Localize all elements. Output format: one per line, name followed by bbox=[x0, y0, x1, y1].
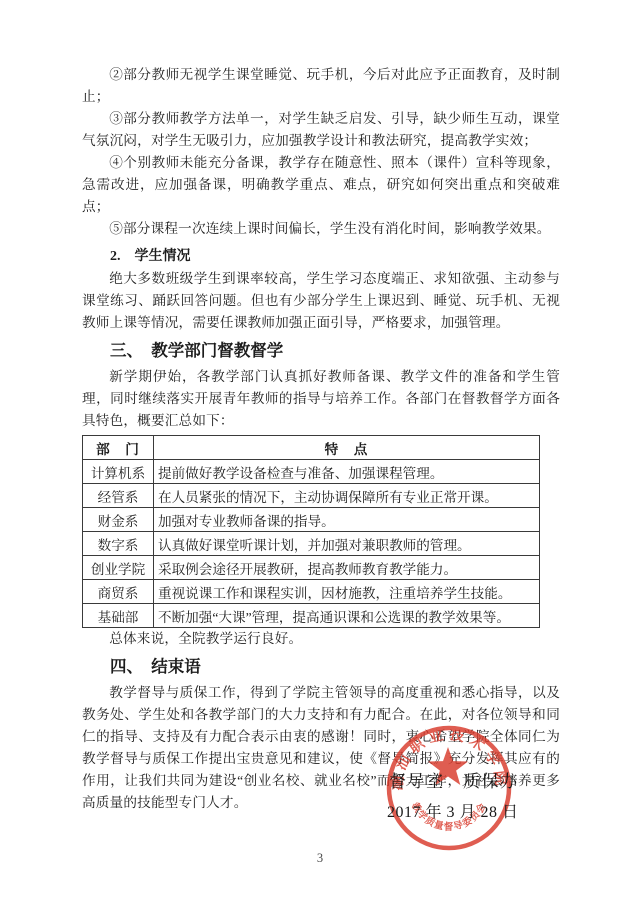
cell-feature: 提前做好教学设备检查与准备、加强课程管理。 bbox=[154, 460, 540, 484]
table-row: 财金系 加强对专业教师备课的指导。 bbox=[83, 508, 540, 532]
cell-feature: 采取例会途径开展教研，提高教师教育教学能力。 bbox=[154, 556, 540, 580]
issue-item-2: ②部分教师无视学生课堂睡觉、玩手机，今后对此应予正面教育，及时制止； bbox=[82, 64, 560, 108]
document-page: ②部分教师无视学生课堂睡觉、玩手机，今后对此应予正面教育，及时制止； ③部分教师… bbox=[0, 0, 640, 905]
document-body: ②部分教师无视学生课堂睡觉、玩手机，今后对此应予正面教育，及时制止； ③部分教师… bbox=[82, 64, 560, 814]
cell-department: 计算机系 bbox=[83, 460, 154, 484]
heading-student-situation: 2. 学生情况 bbox=[82, 246, 560, 268]
cell-department: 经管系 bbox=[83, 484, 154, 508]
table-row: 商贸系 重视说课工作和课程实训，因材施教，注重培养学生技能。 bbox=[83, 580, 540, 604]
cell-department: 创业学院 bbox=[83, 556, 154, 580]
cell-department: 数字系 bbox=[83, 532, 154, 556]
cell-feature: 不断加强“大课”管理，提高通识课和公选课的教学效果等。 bbox=[154, 604, 540, 628]
table-row: 经管系 在人员紧张的情况下，主动协调保障所有专业正常开课。 bbox=[83, 484, 540, 508]
table-header-row: 部 门 特 点 bbox=[83, 436, 540, 460]
cell-department: 基础部 bbox=[83, 604, 154, 628]
cell-department: 商贸系 bbox=[83, 580, 154, 604]
table-header-feature: 特 点 bbox=[154, 436, 540, 460]
heading-section-4: 四、 结束语 bbox=[82, 655, 560, 679]
paragraph-section-3-intro: 新学期伊始，各教学部门认真抓好教师备课、教学文件的准备和学生管理，同时继续落实开… bbox=[82, 366, 560, 432]
table-row: 数字系 认真做好课堂听课计划，并加强对兼职教师的管理。 bbox=[83, 532, 540, 556]
signature-office: 督导室 质保办 bbox=[389, 767, 519, 792]
table-header-department: 部 门 bbox=[83, 436, 154, 460]
issue-item-3: ③部分教师教学方法单一，对学生缺乏启发、引导，缺少师生互动，课堂气氛沉闷，对学生… bbox=[82, 108, 560, 152]
issue-item-4: ④个别教师未能充分备课，教学存在随意性、照本（课件）宣科等现象，急需改进，应加强… bbox=[82, 152, 560, 218]
paragraph-student-situation: 绝大多数班级学生到课率较高，学生学习态度端正、求知欲强、主动参与课堂练习、踊跃回… bbox=[82, 268, 560, 334]
page-number: 3 bbox=[0, 851, 640, 866]
cell-feature: 重视说课工作和课程实训，因材施教，注重培养学生技能。 bbox=[154, 580, 540, 604]
signature-date: 2017 年 3 月 28 日 bbox=[387, 799, 519, 822]
table-row: 创业学院 采取例会途径开展教研，提高教师教育教学能力。 bbox=[83, 556, 540, 580]
cell-feature: 认真做好课堂听课计划，并加强对兼职教师的管理。 bbox=[154, 532, 540, 556]
table-row: 计算机系 提前做好教学设备检查与准备、加强课程管理。 bbox=[83, 460, 540, 484]
department-feature-table: 部 门 特 点 计算机系 提前做好教学设备检查与准备、加强课程管理。 经管系 在… bbox=[82, 435, 540, 628]
cell-feature: 加强对专业教师备课的指导。 bbox=[154, 508, 540, 532]
paragraph-summary: 总体来说，全院教学运行良好。 bbox=[82, 628, 560, 650]
cell-feature: 在人员紧张的情况下，主动协调保障所有专业正常开课。 bbox=[154, 484, 540, 508]
cell-department: 财金系 bbox=[83, 508, 154, 532]
issue-item-5: ⑤部分课程一次连续上课时间偏长，学生没有消化时间，影响教学效果。 bbox=[82, 218, 560, 240]
table-row: 基础部 不断加强“大课”管理，提高通识课和公选课的教学效果等。 bbox=[83, 604, 540, 628]
heading-section-3: 三、 教学部门督教督学 bbox=[82, 339, 560, 363]
